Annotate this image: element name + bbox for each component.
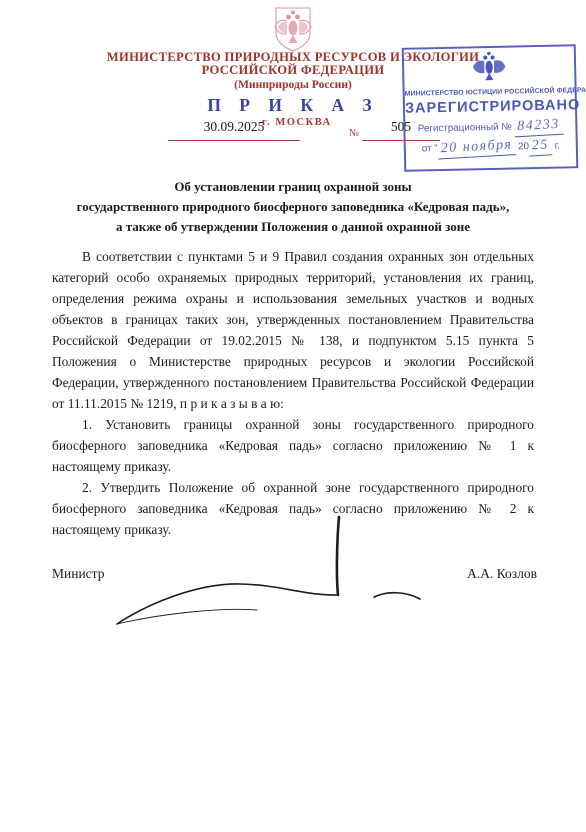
number-sign: №: [349, 128, 359, 139]
title-line3: а также об утверждении Положения о данно…: [48, 217, 538, 237]
stamp-year-suffix: г.: [555, 141, 560, 152]
document-page: МИНИСТЕРСТВО ПРИРОДНЫХ РЕСУРСОВ И ЭКОЛОГ…: [0, 0, 586, 832]
body-item-1: 1. Установить границы охранной зоны госу…: [52, 414, 534, 477]
signer-name: А.А. Козлов: [467, 566, 537, 582]
document-place: г. МОСКВА: [262, 117, 332, 128]
body-paragraph-1: В соответствии с пунктами 5 и 9 Правил с…: [52, 246, 534, 414]
stamp-day-month-handwritten: 20 ноября: [437, 137, 516, 159]
document-title: Об установлении границ охранной зоны гос…: [48, 177, 538, 237]
stamp-registration-line: Регистрационный № 84233: [405, 117, 575, 139]
handwritten-signature: [90, 513, 450, 653]
stamp-reg-label: Регистрационный №: [418, 122, 512, 135]
title-line1: Об установлении границ охранной зоны: [48, 177, 538, 197]
stamp-year-prefix: 20: [518, 141, 529, 152]
stamp-registered-label: ЗАРЕГИСТРИРОВАНО: [405, 97, 575, 117]
stamp-date-line: от "20 ноября 2025 г.: [406, 137, 576, 159]
stamp-year-handwritten: 25: [529, 137, 553, 156]
date-underline: [168, 140, 300, 141]
stamp-from-label: от ": [422, 143, 438, 154]
stamp-reg-number-handwritten: 84233: [514, 117, 563, 138]
title-line2: государственного природного биосферного …: [48, 197, 538, 217]
registration-stamp: МИНИСТЕРСТВО ЮСТИЦИИ РОССИЙСКОЙ ФЕДЕРАЦИ…: [402, 44, 579, 172]
document-body: В соответствии с пунктами 5 и 9 Правил с…: [52, 246, 534, 540]
stamp-eagle-icon: [404, 48, 575, 93]
